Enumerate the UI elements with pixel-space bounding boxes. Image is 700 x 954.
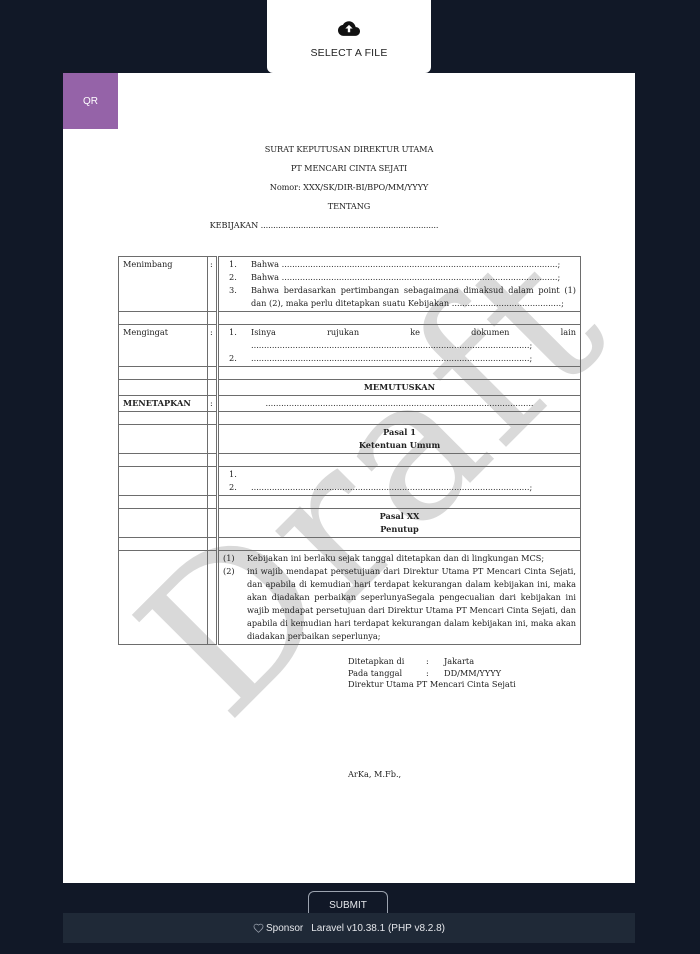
sponsor-link[interactable]: Sponsor xyxy=(253,923,303,934)
doc-kebijakan: KEBIJAKAN ..............................… xyxy=(63,220,610,230)
doc-number: Nomor: XXX/SK/DIR-BI/BPO/MM/YYYY xyxy=(63,182,635,192)
doc-tentang: TENTANG xyxy=(63,201,635,211)
decree-table: Menimbang : 1.Bahwa ....................… xyxy=(118,256,581,645)
footer: Sponsor Laravel v10.38.1 (PHP v8.2.8) xyxy=(63,913,635,943)
place-value: Jakarta xyxy=(444,656,474,668)
menimbang-item: Bahwa berdasarkan pertimbangan sebagaima… xyxy=(251,284,576,310)
pasal1-item: ........................................… xyxy=(251,481,576,494)
pasal1-title: Pasal 1 xyxy=(223,426,576,439)
select-file-label: SELECT A FILE xyxy=(310,47,387,59)
menimbang-row: Menimbang : 1.Bahwa ....................… xyxy=(119,257,581,312)
mengingat-item: ........................................… xyxy=(251,352,576,365)
memutuskan-heading: MEMUTUSKAN xyxy=(218,380,581,396)
mengingat-label: Mengingat xyxy=(119,325,208,367)
menimbang-item: Bahwa ..................................… xyxy=(251,258,576,271)
signer-position: Direktur Utama PT Mencari Cinta Sejati xyxy=(348,679,516,691)
menimbang-label: Menimbang xyxy=(119,257,208,312)
menimbang-item: Bahwa ..................................… xyxy=(251,271,576,284)
pasal1-subtitle: Ketentuan Umum xyxy=(223,439,576,452)
penutup-item: ini wajib mendapat persetujuan dari Dire… xyxy=(247,565,576,643)
menetapkan-label: MENETAPKAN xyxy=(119,396,208,412)
version-text: Laravel v10.38.1 (PHP v8.2.8) xyxy=(311,923,445,934)
heart-icon xyxy=(253,923,264,933)
doc-company: PT MENCARI CINTA SEJATI xyxy=(63,163,635,173)
date-value: DD/MM/YYYY xyxy=(444,668,501,680)
qr-code-placeholder: QR xyxy=(63,73,118,129)
select-file-button[interactable]: SELECT A FILE xyxy=(267,0,431,73)
signer-name: ArKa, M.Fb., xyxy=(348,769,401,781)
signature-block: Ditetapkan di : Jakarta Pada tanggal : D… xyxy=(348,656,516,691)
menetapkan-value: ........................................… xyxy=(218,396,581,412)
document-preview: QR Draft SURAT KEPUTUSAN DIREKTUR UTAMA … xyxy=(63,73,635,883)
doc-title: SURAT KEPUTUSAN DIREKTUR UTAMA xyxy=(63,144,635,154)
pasalxx-subtitle: Penutup xyxy=(223,523,576,536)
menetapkan-row: MENETAPKAN : ...........................… xyxy=(119,396,581,412)
pasalxx-title: Pasal XX xyxy=(223,510,576,523)
pasal1-item xyxy=(251,468,576,481)
penutup-item: Kebijakan ini berlaku sejak tanggal dite… xyxy=(247,552,576,565)
mengingat-item: Isinya rujukan ke dokumen lain .........… xyxy=(251,326,576,352)
mengingat-row: Mengingat : 1.Isinya rujukan ke dokumen … xyxy=(119,325,581,367)
cloud-upload-icon xyxy=(338,21,360,37)
